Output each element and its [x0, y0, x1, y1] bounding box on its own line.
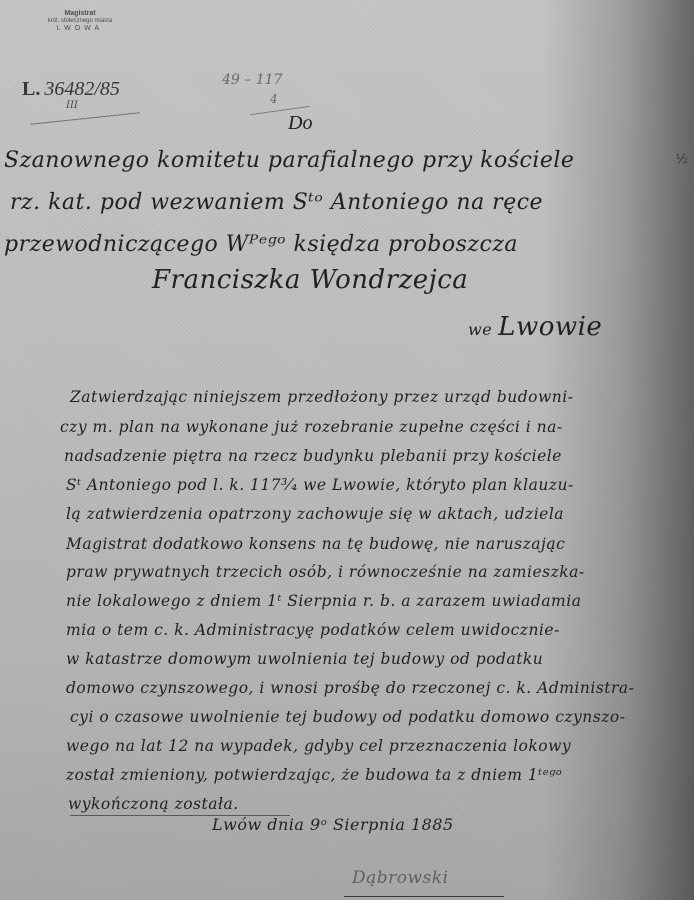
- body-line: wykończoną została.: [68, 795, 239, 813]
- stamp-line-3: LWOWA: [20, 25, 140, 32]
- reference-value: 36482/85: [44, 78, 120, 100]
- margin-note: ½: [675, 152, 688, 167]
- signature: Dąbrowski: [352, 868, 449, 888]
- addressee-place: weLwowie: [468, 312, 602, 342]
- body-line: Magistrat dodatkowo konsens na tę budowę…: [66, 535, 565, 553]
- body-line: praw prywatnych trzecich osób, i równocz…: [66, 563, 585, 581]
- body-line: nie lokalowego z dniem 1ᵗ Sierpnia r. b.…: [66, 592, 581, 610]
- reference-prefix: L.: [22, 78, 40, 100]
- body-line: lą zatwierdzenia opatrzony zachowuje się…: [66, 505, 564, 523]
- marginal-marks-sub: 4: [270, 92, 278, 106]
- body-line: Sᵗ Antoniego pod l. k. 117³⁄₄ we Lwowie,…: [66, 476, 574, 494]
- body-line: w katastrze domowym uwolnienia tej budow…: [66, 650, 543, 668]
- magistrate-stamp: Magistrat król. stołecznego miasta LWOWA: [20, 10, 140, 32]
- body-line: mia o tem c. k. Administracyę podatków c…: [66, 621, 560, 639]
- place-date: Lwów dnia 9ᵒ Sierpnia 1885: [212, 815, 454, 834]
- reference-sub: III: [66, 100, 78, 111]
- scanned-letter-page: Magistrat król. stołecznego miasta LWOWA…: [0, 0, 694, 900]
- addressee-name: Franciszka Wondrzejca: [152, 265, 468, 295]
- reference-number: L.36482/85: [22, 78, 120, 101]
- body-line: cyi o czasowe uwolnienie tej budowy od p…: [70, 708, 625, 726]
- place-prefix: we: [468, 320, 492, 339]
- reference-underline: [30, 112, 140, 124]
- body-line: czy m. plan na wykonane już rozebranie z…: [60, 418, 563, 436]
- addressee-line-3: przewodniczącego Wᴾᵉᵍᵒ księdza proboszcz…: [4, 232, 518, 257]
- body-line: został zmieniony, potwierdzając, że budo…: [66, 766, 562, 784]
- place-name: Lwowie: [498, 312, 602, 342]
- stamp-line-1: Magistrat: [20, 10, 140, 17]
- body-line: wego na lat 12 na wypadek, gdyby cel prz…: [66, 737, 571, 755]
- body-line: domowo czynszowego, i wnosi prośbę do rz…: [66, 679, 634, 697]
- signature-flourish: [344, 896, 504, 897]
- body-line: Zatwierdzając niniejszem przedłożony prz…: [70, 388, 573, 406]
- addressee-line-1: Szanownego komitetu parafialnego przy ko…: [4, 148, 574, 173]
- stamp-line-2: król. stołecznego miasta: [20, 18, 140, 24]
- addressee-line-2: rz. kat. pod wezwaniem Sᵗᵒ Antoniego na …: [10, 190, 543, 215]
- body-line: nadsadzenie piętra na rzecz budynku pleb…: [64, 447, 562, 465]
- marginal-marks: 49 – 117: [222, 72, 282, 88]
- salutation: Do: [288, 112, 312, 135]
